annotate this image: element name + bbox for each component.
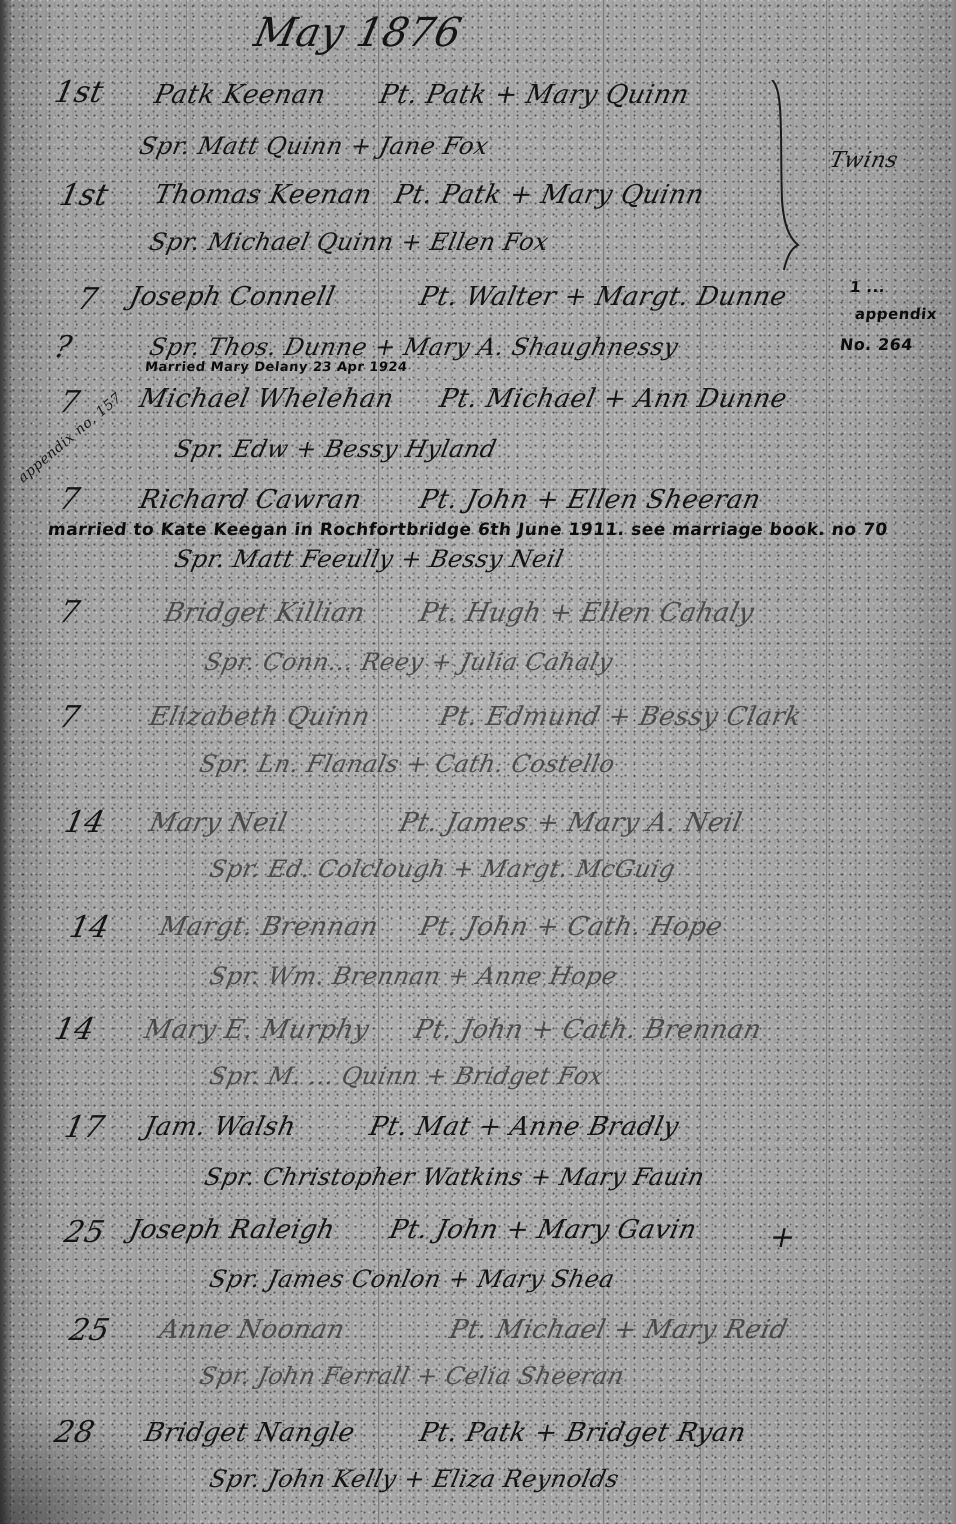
entry-day: 7 — [56, 482, 83, 517]
register-page: May 1876 Twins 1st Patk Keenan Pt. Patk … — [0, 0, 956, 1524]
ruled-line — [700, 0, 701, 1524]
entry-parents: Pt. James + Mary A. Neil — [397, 808, 745, 838]
annotation-marriage: Married Mary Delany 23 Apr 1924 — [144, 360, 408, 375]
binding-edge — [0, 0, 10, 1524]
entry-parents: Pt. Michael + Ann Dunne — [437, 384, 790, 414]
entry-parents: Pt. John + Mary Gavin — [387, 1215, 700, 1245]
entry-sponsors: Spr. Wm. Brennan + Anne Hope — [207, 962, 620, 990]
entry-parents: Pt. Walter + Margt. Dunne — [417, 282, 790, 312]
entry-child: Joseph Connell — [127, 282, 338, 312]
annotation-marriage: married to Kate Keegan in Rochfortbridge… — [47, 520, 929, 540]
entry-parents: Pt. Michael + Mary Reid — [447, 1315, 791, 1345]
entry-day: 14 — [61, 805, 108, 840]
entry-child: Thomas Keenan — [152, 180, 375, 210]
margin-note-right: No. 264 — [839, 335, 914, 354]
entry-sponsors: Spr. Ed. Colclough + Margt. McGuig — [207, 855, 678, 883]
entry-day: 7 — [74, 282, 101, 317]
entry-parents: Pt. John + Cath. Hope — [417, 912, 726, 942]
page-heading: May 1876 — [250, 10, 466, 56]
margin-note-right: 1 ... — [849, 278, 886, 296]
entry-sponsors: Spr. M. ... Quinn + Bridget Fox — [207, 1062, 606, 1090]
entry-child: Joseph Raleigh — [127, 1215, 338, 1245]
ruled-line — [826, 0, 827, 1524]
entry-parents: Pt. Hugh + Ellen Cahaly — [417, 598, 757, 628]
entry-day: 25 — [66, 1313, 113, 1348]
entry-sponsors: Spr. Matt Quinn + Jane Fox — [137, 132, 491, 160]
entry-sponsors: Spr. Edw + Bessy Hyland — [172, 435, 499, 463]
margin-note-twins: Twins — [827, 148, 900, 173]
entry-child: Bridget Nangle — [142, 1418, 358, 1448]
entry-child: Bridget Killian — [162, 598, 368, 628]
entry-parents: Pt. John + Ellen Sheeran — [417, 485, 764, 515]
entry-sponsors: Spr. Thos. Dunne + Mary A. Shaughnessy — [147, 333, 681, 361]
entry-child: Jam. Walsh — [142, 1112, 299, 1142]
entry-sponsors: Spr. John Kelly + Eliza Reynolds — [207, 1465, 622, 1493]
entry-parents: Pt. Patk + Bridget Ryan — [417, 1418, 749, 1448]
margin-note-right: appendix — [854, 305, 938, 323]
entry-sponsors: Spr. John Ferrall + Celia Sheeran — [197, 1362, 627, 1390]
entry-parents: Pt. Edmund + Bessy Clark — [437, 702, 805, 732]
entry-sponsors: Spr. Ln. Flanals + Cath. Costello — [197, 750, 618, 778]
entry-parents: Pt. Mat + Anne Bradly — [367, 1112, 682, 1142]
entry-day: 14 — [66, 910, 113, 945]
entry-child: Elizabeth Quinn — [147, 702, 373, 732]
entry-parents: Pt. Patk + Mary Quinn — [377, 80, 692, 110]
entry-day: 7 — [56, 700, 83, 735]
entry-child: Anne Noonan — [157, 1315, 348, 1345]
entry-child: Mary Neil — [147, 808, 290, 838]
entry-child: Richard Cawran — [137, 485, 365, 515]
entry-sponsors: Spr. Conn... Reey + Julia Cahaly — [202, 648, 616, 676]
entry-sponsors: Spr. Matt Feeully + Bessy Neil — [172, 545, 566, 573]
margin-question-mark: ? — [51, 330, 75, 365]
entry-sponsors: Spr. Christopher Watkins + Mary Fauin — [202, 1163, 707, 1191]
entry-parents: Pt. Patk + Mary Quinn — [392, 180, 707, 210]
entry-day: 1st — [56, 178, 111, 213]
entry-parents: Pt. John + Cath. Brennan — [412, 1015, 765, 1045]
entry-day: 1st — [51, 75, 106, 110]
entry-day: 7 — [56, 385, 83, 420]
entry-sponsors: Spr. Michael Quinn + Ellen Fox — [147, 228, 551, 256]
cross-mark-icon: + — [766, 1220, 799, 1255]
entry-child: Mary E. Murphy — [142, 1015, 372, 1045]
entry-day: 28 — [51, 1415, 98, 1450]
entry-day: 17 — [61, 1110, 108, 1145]
entry-child: Margt. Brennan — [157, 912, 381, 942]
entry-child: Michael Whelehan — [137, 384, 397, 414]
entry-day: 7 — [56, 595, 83, 630]
entry-day: 25 — [61, 1215, 108, 1250]
entry-child: Patk Keenan — [152, 80, 329, 110]
entry-day: 14 — [51, 1012, 98, 1047]
entry-sponsors: Spr. James Conlon + Mary Shea — [207, 1265, 617, 1293]
twins-brace-icon — [770, 80, 800, 270]
